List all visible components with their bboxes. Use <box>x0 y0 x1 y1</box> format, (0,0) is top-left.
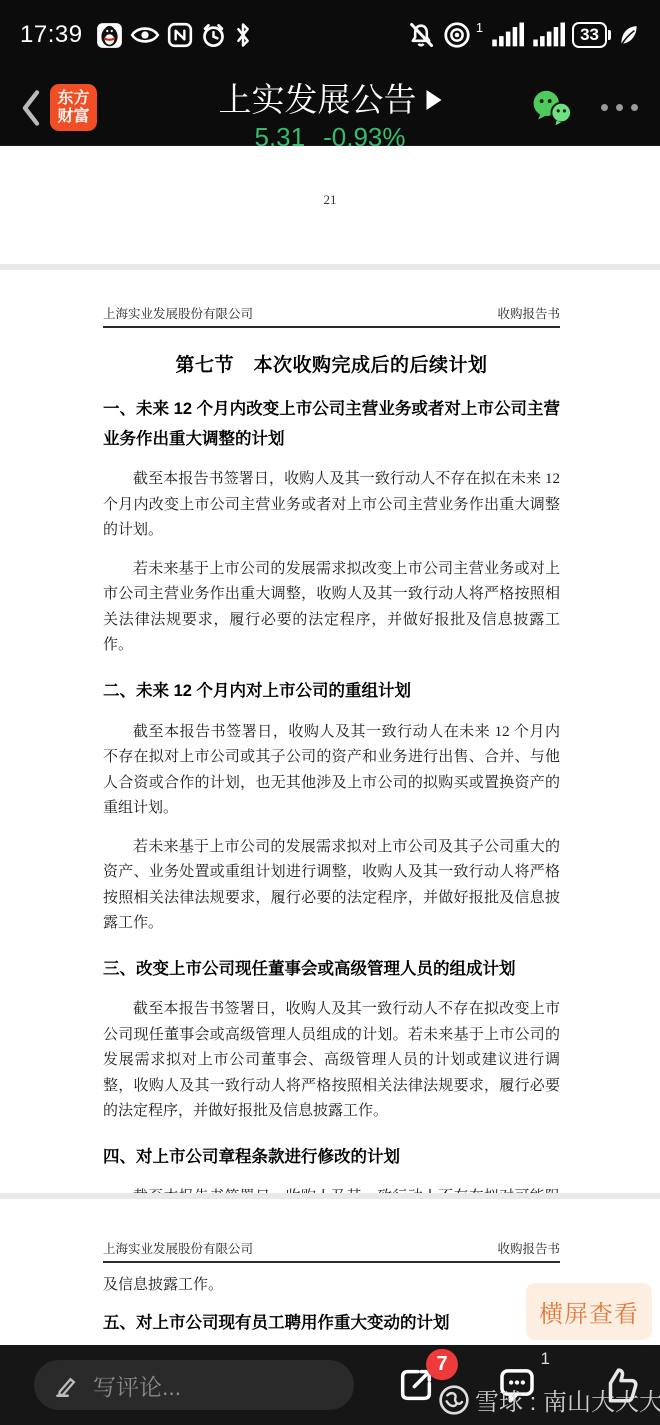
comment-count: 1 <box>541 1349 550 1369</box>
document-viewer[interactable]: 21 上海实业发展股份有限公司 收购报告书 第七节 本次收购完成后的后续计划 一… <box>0 146 660 1345</box>
logo-line2: 财富 <box>57 108 89 126</box>
landscape-view-button[interactable]: 横屏查看 <box>526 1283 652 1340</box>
screen: 17:39 1 <box>0 0 660 1425</box>
logo-line1: 东方 <box>57 90 89 108</box>
signal-icon <box>490 21 524 49</box>
snowball-logo-icon <box>438 1384 470 1416</box>
leaf-icon <box>618 23 640 47</box>
doc-heading-2: 二、未来 12 个月内对上市公司的重组计划 <box>103 677 560 707</box>
battery-indicator: 33 <box>572 22 611 48</box>
play-icon[interactable] <box>427 90 442 110</box>
pdf-page-22: 上海实业发展股份有限公司 收购报告书 第七节 本次收购完成后的后续计划 一、未来… <box>0 270 660 1193</box>
wechat-share-button[interactable] <box>529 88 575 128</box>
doc-running-header: 上海实业发展股份有限公司 收购报告书 <box>103 304 560 328</box>
pencil-icon <box>54 1373 79 1398</box>
bell-muted-icon <box>407 21 435 49</box>
alarm-icon <box>200 22 227 49</box>
share-count-badge: 7 <box>426 1349 458 1380</box>
bluetooth-icon <box>234 21 252 49</box>
doc-heading-4: 四、对上市公司章程条款进行修改的计划 <box>103 1143 560 1173</box>
doc-paragraph: 截至本报告书签署日，收购人及其一致行动人不存在拟在未来 12 个月内改变上市公司… <box>103 467 560 544</box>
doc-heading-3: 三、改变上市公司现任董事会或高级管理人员的组成计划 <box>103 955 560 985</box>
nav-center: 上实发展公告 5.31 -0.93% <box>219 74 442 153</box>
hotspot-count: 1 <box>476 20 483 35</box>
bottom-toolbar: 写评论... 7 1 雪球 : 南山大大大王 <box>0 1345 660 1425</box>
status-bar: 17:39 1 <box>0 0 660 70</box>
doc-header-company: 上海实业发展股份有限公司 <box>103 304 253 322</box>
battery-percent: 33 <box>572 22 607 48</box>
comment-placeholder: 写评论... <box>93 1369 181 1402</box>
doc-paragraph: 截至本报告书签署日，收购人及其一致行动人不存在拟对可能阻碍收购上市公司控制权的公… <box>103 1185 560 1193</box>
page-number: 21 <box>0 192 660 208</box>
qq-icon <box>96 22 123 49</box>
doc-heading-1: 一、未来 12 个月内改变上市公司主营业务或者对上市公司主营业务作出重大调整的计… <box>103 395 560 454</box>
comment-input[interactable]: 写评论... <box>34 1360 354 1410</box>
doc-paragraph: 截至本报告书签署日，收购人及其一致行动人在未来 12 个月内不存在拟对上市公司或… <box>103 720 560 822</box>
doc-paragraph-continuation: 及信息披露工作。 <box>103 1273 560 1299</box>
doc-running-header: 上海实业发展股份有限公司 收购报告书 <box>103 1239 560 1263</box>
nav-bar: 东方 财富 上实发展公告 5.31 -0.93% <box>0 70 660 146</box>
nfc-icon <box>167 22 193 48</box>
doc-header-report: 收购报告书 <box>497 304 560 322</box>
status-right: 1 33 <box>407 20 640 50</box>
like-button[interactable] <box>600 1364 642 1406</box>
more-button[interactable] <box>601 104 638 111</box>
doc-header-report: 收购报告书 <box>497 1239 560 1257</box>
doc-header-company: 上海实业发展股份有限公司 <box>103 1239 253 1257</box>
doc-paragraph: 截至本报告书签署日，收购人及其一致行动人不存在拟改变上市公司现任董事会或高级管理… <box>103 997 560 1125</box>
page-title: 上实发展公告 <box>219 74 417 121</box>
back-button[interactable] <box>14 85 48 131</box>
eye-icon <box>130 23 160 47</box>
hotspot-icon <box>442 20 472 50</box>
doc-paragraph: 若未来基于上市公司的发展需求拟对上市公司及其子公司重大的资产、业务处置或重组计划… <box>103 835 560 937</box>
share-button[interactable]: 7 <box>396 1365 436 1405</box>
doc-heading-5: 五、对上市公司现有员工聘用作重大变动的计划 <box>103 1309 560 1339</box>
pdf-page-21: 21 <box>0 146 660 264</box>
status-left: 17:39 <box>20 21 252 49</box>
doc-paragraph: 若未来基于上市公司的发展需求拟改变上市公司主营业务或对上市公司主营业务作出重大调… <box>103 557 560 659</box>
doc-section-title: 第七节 本次收购完成后的后续计划 <box>103 350 560 377</box>
eastmoney-logo[interactable]: 东方 财富 <box>50 84 97 131</box>
comments-button[interactable]: 1 <box>496 1365 538 1405</box>
signal-icon-2 <box>531 21 565 49</box>
nav-right <box>529 88 646 128</box>
clock: 17:39 <box>20 21 83 49</box>
